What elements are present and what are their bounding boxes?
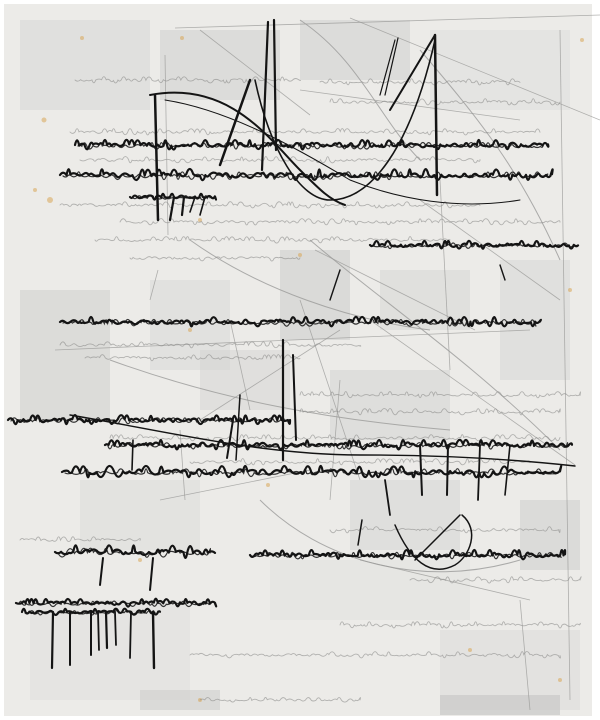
stain-dot — [33, 188, 37, 192]
stain-dot — [266, 483, 270, 487]
wash-block — [20, 20, 150, 110]
wash-block — [500, 260, 570, 380]
wash-block — [160, 30, 280, 100]
wash-block — [440, 695, 560, 715]
ink-stroke — [98, 612, 99, 650]
wash-block — [430, 30, 570, 110]
stain-dot — [468, 648, 472, 652]
ink-stroke — [153, 612, 154, 668]
stain-dot — [42, 118, 47, 123]
ink-stroke — [447, 445, 448, 495]
ink-stroke — [130, 612, 131, 658]
ink-stroke — [132, 440, 133, 470]
stain-dot — [47, 197, 53, 203]
stain-dot — [180, 36, 184, 40]
wash-block — [520, 500, 580, 570]
stain-dot — [558, 678, 562, 682]
stain-dot — [80, 36, 84, 40]
ink-stroke — [52, 612, 53, 668]
stain-dot — [138, 558, 142, 562]
stain-dot — [568, 288, 572, 292]
ink-stroke — [115, 612, 116, 645]
artwork-canvas — [0, 0, 600, 720]
asemic-writing-artwork — [0, 0, 600, 720]
stain-dot — [580, 38, 584, 42]
wash-block — [300, 20, 410, 80]
wash-block — [330, 370, 450, 440]
stain-dot — [298, 253, 302, 257]
wash-block — [350, 480, 460, 550]
wash-block — [280, 250, 350, 340]
ink-stroke — [106, 612, 107, 648]
stain-dot — [188, 328, 192, 332]
wash-block — [140, 690, 220, 710]
wash-block — [20, 290, 110, 420]
